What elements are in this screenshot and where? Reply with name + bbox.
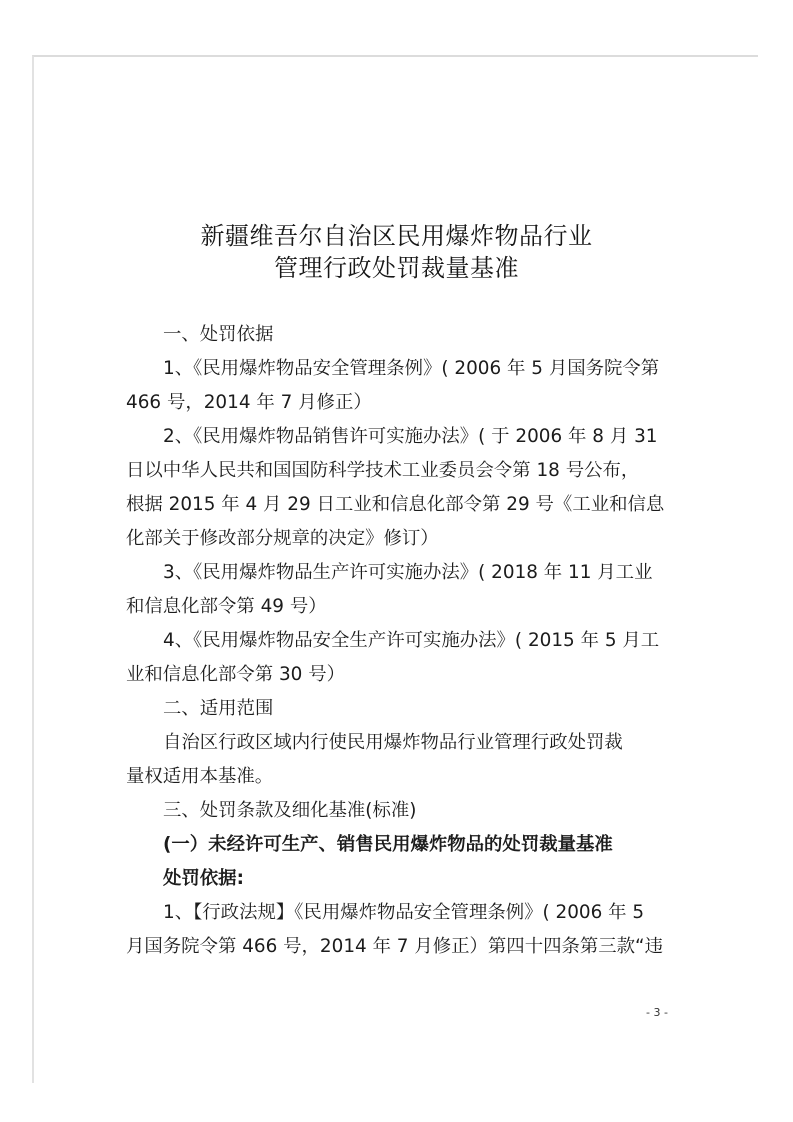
scope-paragraph: 自治区行政区域内行使民用爆炸物品行业管理行政处罚裁 <box>163 730 623 756</box>
section-heading-scope: 二、适用范围 <box>163 696 273 722</box>
basis-item-2-cont-1: 日以中华人民共和国国防科学技术工业委员会令第 18 号公布， <box>126 458 639 484</box>
basis-item-2-cont-2: 根据 2015 年 4 月 29 日工业和信息化部令第 29 号《工业和信息 <box>126 492 664 518</box>
scope-paragraph-cont: 量权适用本基准。 <box>126 764 273 790</box>
section-heading-basis: 一、处罚依据 <box>163 322 273 348</box>
basis-item-4-cont: 业和信息化部令第 30 号） <box>126 662 345 688</box>
basis-item-2-cont-3: 化部关于修改部分规章的决定》修订） <box>126 526 439 552</box>
subsection-heading-unlicensed: (一）未经许可生产、销售民用爆炸物品的处罚裁量基准 <box>163 832 613 858</box>
basis-item-1-cont: 466 号，2014 年 7 月修正） <box>126 390 372 416</box>
penalty-basis-item-1: 1、【行政法规】《民用爆炸物品安全管理条例》( 2006 年 5 <box>163 900 644 926</box>
basis-item-1: 1、《民用爆炸物品安全管理条例》( 2006 年 5 月国务院令第 <box>163 356 659 382</box>
basis-item-3-cont: 和信息化部令第 49 号） <box>126 594 327 620</box>
document-title-line-1: 新疆维吾尔自治区民用爆炸物品行业 <box>0 221 793 251</box>
penalty-basis-label: 处罚依据: <box>163 866 244 892</box>
section-heading-clauses: 三、处罚条款及细化基准(标准) <box>163 798 416 824</box>
document-title-line-2: 管理行政处罚裁量基准 <box>0 253 793 283</box>
page-number: - 3 - <box>646 1006 668 1019</box>
basis-item-3: 3、《民用爆炸物品生产许可实施办法》( 2018 年 11 月工业 <box>163 560 652 586</box>
basis-item-4: 4、《民用爆炸物品安全生产许可实施办法》( 2015 年 5 月工 <box>163 628 659 654</box>
penalty-basis-item-1-cont: 月国务院令第 466 号，2014 年 7 月修正）第四十四条第三款“违 <box>126 934 663 960</box>
basis-item-2: 2、《民用爆炸物品销售许可实施办法》( 于 2006 年 8 月 31 <box>163 424 657 450</box>
